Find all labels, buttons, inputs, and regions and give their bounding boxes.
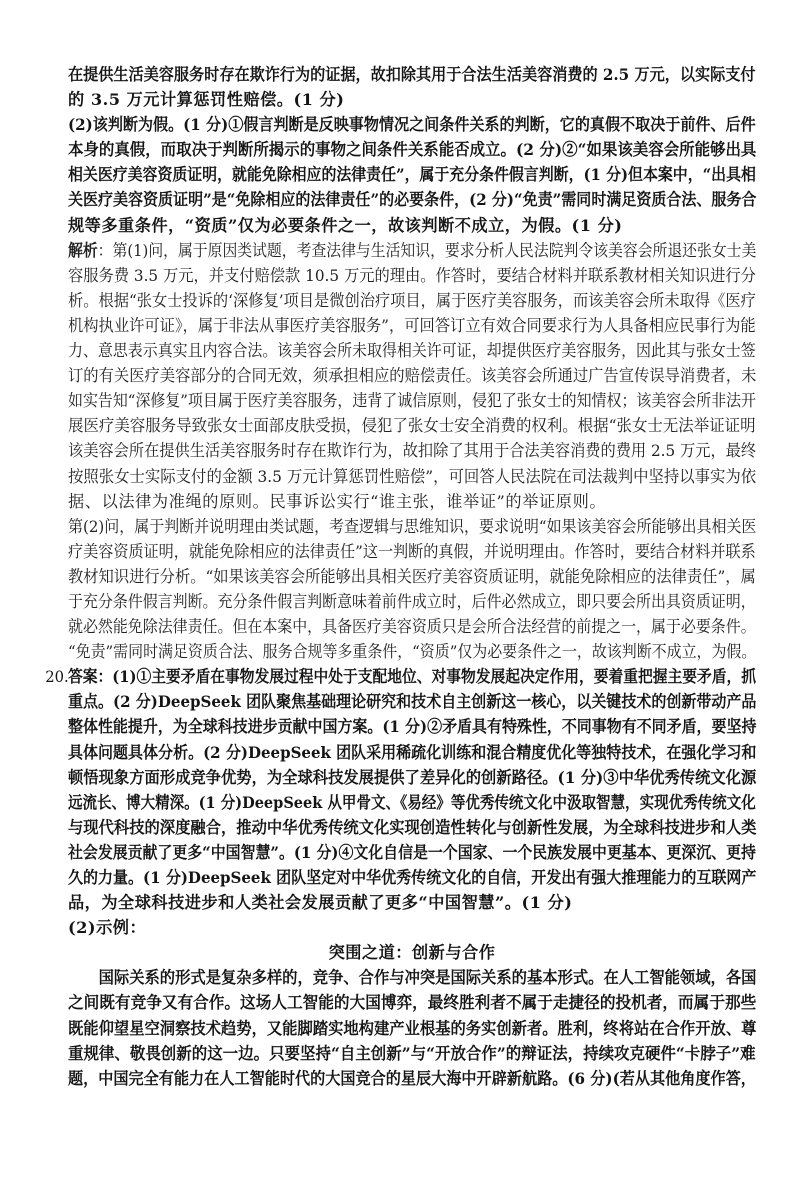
text-line: 与现代科技的深度融合，推动中华优秀传统文化实现创造性转化与创新性发展，为全球科技… [68, 815, 718, 840]
text-line: (2)该判断为假。(1 分)①假言判断是反映事物情况之间条件关系的判断，它的真假… [68, 112, 709, 137]
text-line: 相关医疗美容资质证明，就能免除相应的法律责任”，属于充分条件假言判断，(1 分)… [68, 162, 702, 187]
text-line: 力、意思表示真实且内容合法。该美容会所未取得相关许可证，却提供医疗美容服务，因此… [68, 338, 703, 363]
text-line: 品，为全球科技进步和人类社会发展贡献了更多“中国智慧”。(1 分) [68, 890, 756, 915]
text-line: 重规律、敬畏创新的这一边。只要坚持“自主创新”与“开放合作”的辩证法，持续攻克硬… [68, 1041, 725, 1066]
question-number: 20. [45, 664, 68, 689]
text-line: 远流长、博大精深。(1 分)DeepSeek 从甲骨文、《易经》等优秀传统文化中… [68, 790, 685, 815]
text-line: 容服务费 3.5 万元，并支付赔偿款 10.5 万元的理由。作答时，要结合材料并… [68, 263, 716, 288]
q19-part2-answer: (2)该判断为假。(1 分)①假言判断是反映事物情况之间条件关系的判断，它的真假… [68, 112, 756, 237]
text-line: 顿悟现象方面形成竞争优势，为全球科技发展提供了差异化的创新路径。(1 分)③中华… [68, 765, 718, 790]
text-line: 订的有关医疗美容部分的合同无效，须承担相应的赔偿责任。该美容会所通过广告宣传误导… [68, 363, 718, 388]
text-line: 规等多重条件，“资质”仅为必要条件之一，故该判断不成立，为假。(1 分) [68, 213, 756, 238]
text-line: 该美容会所在提供生活美容服务时存在欺诈行为，故扣除了其用于合法美容消费的费用 2… [68, 438, 715, 463]
q20-answer: 20.答案：(1)①主要矛盾在事物发展过程中处于支配地位、对事物发展起决定作用，… [68, 664, 756, 1091]
text-line: 疗美容资质证明，就能免除相应的法律责任”这一判断的真假，并说明理由。作答时，要结… [68, 539, 710, 564]
analysis-section: 解析：第(1)问，属于原因类试题，考查法律与生活知识，要求分析人民法院判令该美容… [68, 238, 756, 665]
text-line: 国际关系的形式是复杂多样的，竞争、合作与冲突是国际关系的基本形式。在人工智能领域… [68, 965, 718, 990]
text-line: 题，中国完全有能力在人工智能时代的大国竞合的星辰大海中开辟新航路。(6 分)(若… [68, 1066, 711, 1091]
text-line: 就必然能免除法律责任。但在本案中，具备医疗美容资质只是会所合法经营的前提之一，属… [68, 614, 703, 639]
part2-label: (2)示例： [68, 915, 756, 940]
text-line: 于充分条件假言判断。充分条件假言判断意味着前件成立时，后件必然成立，即只要会所出… [68, 589, 703, 614]
text-line: 按照张女士实际支付的金额 3.5 万元计算惩罚性赔偿”，可回答人民法院在司法裁判… [68, 464, 722, 489]
text-line: 之间既有竞争又有合作。这场人工智能的大国博弈，最终胜利者不属于走捷径的投机者，而… [68, 990, 733, 1015]
text-line: 教材知识进行分析。“如果该美容会所能够出具相关医疗美容资质证明，就能免除相应的法… [68, 564, 717, 589]
text-line: 久的力量。(1 分)DeepSeek 团队坚定对中华优秀传统文化的自信，开发出有… [68, 865, 706, 890]
text-line: 第(2)问，属于判断并说明理由类试题，考查逻辑与思维知识，要求说明“如果该美容会… [68, 514, 705, 539]
answer-first-line: ：(1)①主要矛盾在事物发展过程中处于支配地位、对事物发展起决定作用，要着重把握… [98, 667, 757, 686]
answer-label: 答案 [68, 667, 98, 686]
text-line: 机构执业许可证》，属于非法从事医疗美容服务”，可回答订立有效合同要求行为人具备相… [68, 313, 717, 338]
text-line: 析。根据“张女士投诉的‘深修复’项目是微创治疗项目，属于医疗美容服务，而该美容会… [68, 288, 716, 313]
essay-title: 突围之道：创新与合作 [68, 940, 756, 965]
text-line: 本身的真假，而取决于判断所揭示的事物之间条件关系能否成立。(2 分)②“如果该美… [68, 137, 725, 162]
analysis-label: 解析 [68, 241, 98, 260]
text-line: 既能仰望星空洞察技术趋势，又能脚踏实地构建产业根基的务实创新者。胜利，终将站在合… [68, 1016, 718, 1041]
text-line: 具体问题具体分析。(2 分)DeepSeek 团队采用稀疏化训练和混合精度优化等… [68, 740, 706, 765]
text-line: 如实告知“深修复”项目属于医疗美容服务，违背了诚信原则，侵犯了张女士的知情权；该… [68, 388, 703, 413]
document-page: 在提供生活美容服务时存在欺诈行为的证据，故扣除其用于合法生活美容消费的 2.5 … [68, 62, 756, 1091]
previous-answer-continuation: 在提供生活美容服务时存在欺诈行为的证据，故扣除其用于合法生活美容消费的 2.5 … [68, 62, 756, 112]
text-line: 20.答案：(1)①主要矛盾在事物发展过程中处于支配地位、对事物发展起决定作用，… [68, 664, 695, 689]
essay-body: 国际关系的形式是复杂多样的，竞争、合作与冲突是国际关系的基本形式。在人工智能领域… [68, 965, 756, 1090]
text-line: 社会发展贡献了更多“中国智慧”。(1 分)④文化自信是一个国家、一个民族发展中更… [68, 840, 702, 865]
analysis-first-line: ：第(1)问，属于原因类试题，考查法律与生活知识，要求分析人民法院判令该美容会所… [98, 241, 757, 260]
text-line: 展医疗美容服务导致张女士面部皮肤受损，侵犯了张女士安全消费的权利。根据“张女士无… [68, 413, 725, 438]
text-line: 的 3.5 万元计算惩罚性赔偿。(1 分) [68, 87, 756, 112]
text-line: 整体性能提升，为全球科技进步贡献中国方案。(1 分)②矛盾具有特殊性，不同事物有… [68, 714, 704, 739]
text-line: 解析：第(1)问，属于原因类试题，考查法律与生活知识，要求分析人民法院判令该美容… [68, 238, 698, 263]
text-line: “免责”需同时满足资质合法、服务合规等多重条件，“资质”仅为必要条件之一，故该判… [68, 639, 703, 664]
text-line: 重点。(2 分)DeepSeek 团队聚焦基础理论研究和技术自主创新这一核心，以… [68, 689, 706, 714]
text-line: 关医疗美容资质证明”是“免除相应的法律责任”的必要条件，(2 分)“免责”需同时… [68, 187, 706, 212]
text-line: 在提供生活美容服务时存在欺诈行为的证据，故扣除其用于合法生活美容消费的 2.5 … [68, 62, 711, 87]
text-line: 据、以法律为准绳的原则。民事诉讼实行“谁主张，谁举证”的举证原则。 [68, 489, 756, 514]
